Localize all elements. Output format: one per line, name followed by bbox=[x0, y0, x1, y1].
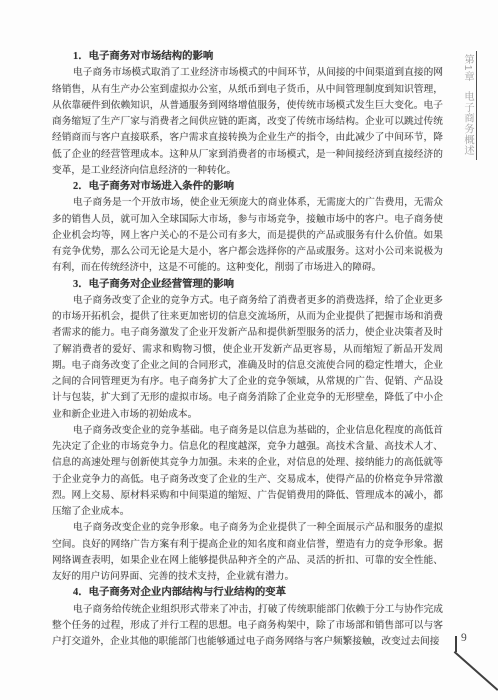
chapter-label: 第1章 电子商务概述 bbox=[460, 54, 475, 156]
text-line: 商务缩短了生产厂家与消费者之间供应链的距离，改变了传统市场结构。企业可以跳过传统 bbox=[52, 114, 443, 130]
chapter-sidebar: 第1章 电子商务概述 bbox=[455, 48, 485, 178]
text-line: 从依靠硬件到依赖知识，从普通服务到网络增值服务，使传统市场模式发生巨大变化。电子 bbox=[52, 98, 443, 114]
text-line: 友好的用户访问界面、完善的技术支持，企业就有潜力。 bbox=[52, 569, 443, 585]
sidebar-divider-rule bbox=[476, 51, 478, 160]
text-line: 有竞争优势，那么公司无论是大是小，客户都会选择你的产品或服务。这对小公司来说极为 bbox=[52, 244, 443, 260]
text-line: 于企业竞争力的高低。电子商务改变了企业的生产、交易成本，使得产品的价格竞争异常激 bbox=[52, 472, 443, 488]
paragraph: 电子商务是一个开放市场，使企业无须庞大的商业体系，无需庞大的广告费用，无需众多的… bbox=[52, 195, 443, 276]
section-heading: 4．电子商务对企业内部结构与行业结构的变革 bbox=[52, 585, 443, 601]
text-line: 期。电子商务改变了企业之间的合同形式，准确及时的信息交流使合同的稳定性增大，企业 bbox=[52, 358, 443, 374]
text-line: 空间。良好的网络广告方案有利于提高企业的知名度和商业信誉，塑造有力的竞争形象。据 bbox=[52, 537, 443, 553]
book-page: 1．电子商务对市场结构的影响电子商务市场模式取消了工业经济市场模式的中间环节，从… bbox=[0, 0, 498, 700]
text-line: 企业机会均等，网上客户关心的不是公司有多大，而是提供的产品或服务有什么价值。如果 bbox=[52, 228, 443, 244]
text-line: 网络调查表明，如果企业在网上能够提供品种齐全的产品、灵活的折扣、可靠的安全性能、 bbox=[52, 553, 443, 569]
page-number: 9 bbox=[461, 632, 467, 644]
text-line: 电子商务改变企业的竞争基础。电子商务是以信息为基础的，企业信息化程度的高低首 bbox=[52, 423, 443, 439]
text-line: 了解消费者的爱好、需求和购物习惯，使企业开发新产品更容易，从而缩短了新品开发周 bbox=[52, 342, 443, 358]
text-line: 整个任务的过程，形成了并行工程的思想。电子商务构架中，除了市场部和销售部可以与客 bbox=[52, 618, 443, 634]
paragraph: 电子商务市场模式取消了工业经济市场模式的中间环节，从间接的中间渠道到直接的网络销… bbox=[52, 65, 443, 179]
page-number-vertical-line bbox=[455, 636, 457, 652]
text-line: 先决定了企业的市场竞争力。信息化的程度越深，竞争力越强。高技术含量、高技术人才、 bbox=[52, 439, 443, 455]
text-line: 者需求的能力。电子商务激发了企业开发新产品和提供新型服务的活力，使企业决策者及时 bbox=[52, 325, 443, 341]
text-line: 之间的合同管理更为有序。电子商务扩大了企业的竞争领域，从常规的广告、促销、产品设 bbox=[52, 374, 443, 390]
text-line: 信息的高速处理与创新使其竞争力加强。未来的企业，对信息的处理、接纳能力的高低就等 bbox=[52, 455, 443, 471]
text-line: 经销商而与客户直接联系，客户需求直接转换为企业生产的指令，由此减少了中间环节，降 bbox=[52, 130, 443, 146]
page-content: 1．电子商务对市场结构的影响电子商务市场模式取消了工业经济市场模式的中间环节，从… bbox=[52, 49, 443, 650]
text-line: 计与包装，扩大到了无形的虚拟市场。电子商务消除了企业竞争的无形壁垒，降低了中小企 bbox=[52, 390, 443, 406]
section-heading: 2．电子商务对市场进入条件的影响 bbox=[52, 179, 443, 195]
paragraph: 电子商务改变了企业的竞争方式。电子商务给了消费者更多的消费选择，给了企业更多的市… bbox=[52, 293, 443, 423]
page-number-diagonal-line bbox=[454, 651, 498, 691]
text-line: 电子商务改变了企业的竞争方式。电子商务给了消费者更多的消费选择，给了企业更多 bbox=[52, 293, 443, 309]
paragraph: 电子商务改变企业的竞争基础。电子商务是以信息为基础的，企业信息化程度的高低首先决… bbox=[52, 423, 443, 521]
text-line: 压缩了企业成本。 bbox=[52, 504, 443, 520]
text-line: 络销售，从有生产办公室到虚拟办公室，从纸币到电子货币，从中间管理制度到知识管理， bbox=[52, 82, 443, 98]
text-line: 户打交道外，企业其他的职能部门也能够通过电子商务网络与客户频繁接触，改变过去间接 bbox=[52, 634, 443, 650]
text-line: 有利，而在传统经济中，这是不可能的。这种变化，削弱了市场进入的障碍。 bbox=[52, 260, 443, 276]
chapter-number: 第1章 bbox=[462, 54, 473, 82]
text-line: 电子商务市场模式取消了工业经济市场模式的中间环节，从间接的中间渠道到直接的网 bbox=[52, 65, 443, 81]
paragraph: 电子商务改变企业的竞争形象。电子商务为企业提供了一种全面展示产品和服务的虚拟空间… bbox=[52, 520, 443, 585]
text-line: 电子商务给传统企业组织形式带来了冲击，打破了传统职能部门依赖于分工与协作完成 bbox=[52, 602, 443, 618]
paragraph: 电子商务给传统企业组织形式带来了冲击，打破了传统职能部门依赖于分工与协作完成整个… bbox=[52, 602, 443, 651]
text-line: 的市场开拓机会，提供了往来更加密切的信息交流场所，从而为企业提供了把握市场和消费 bbox=[52, 309, 443, 325]
text-line: 电子商务是一个开放市场，使企业无须庞大的商业体系，无需庞大的广告费用，无需众 bbox=[52, 195, 443, 211]
section-heading: 3．电子商务对企业经营管理的影响 bbox=[52, 277, 443, 293]
text-line: 低了企业的经营管理成本。这种从厂家到消费者的市场模式，是一种间接经济到直接经济的 bbox=[52, 147, 443, 163]
chapter-title: 电子商务概述 bbox=[462, 85, 473, 156]
text-line: 多的销售人员，就可加入全球国际大市场，参与市场竞争，接触市场中的客户。电子商务使 bbox=[52, 212, 443, 228]
section-heading: 1．电子商务对市场结构的影响 bbox=[52, 49, 443, 65]
text-line: 电子商务改变企业的竞争形象。电子商务为企业提供了一种全面展示产品和服务的虚拟 bbox=[52, 520, 443, 536]
text-line: 业和新企业进入市场的初始成本。 bbox=[52, 407, 443, 423]
text-line: 烈。网上交易、原材料采购和中间渠道的缩短、广告促销费用的降低、管理成本的减小，都 bbox=[52, 488, 443, 504]
text-line: 变革，是工业经济向信息经济的一种转化。 bbox=[52, 163, 443, 179]
